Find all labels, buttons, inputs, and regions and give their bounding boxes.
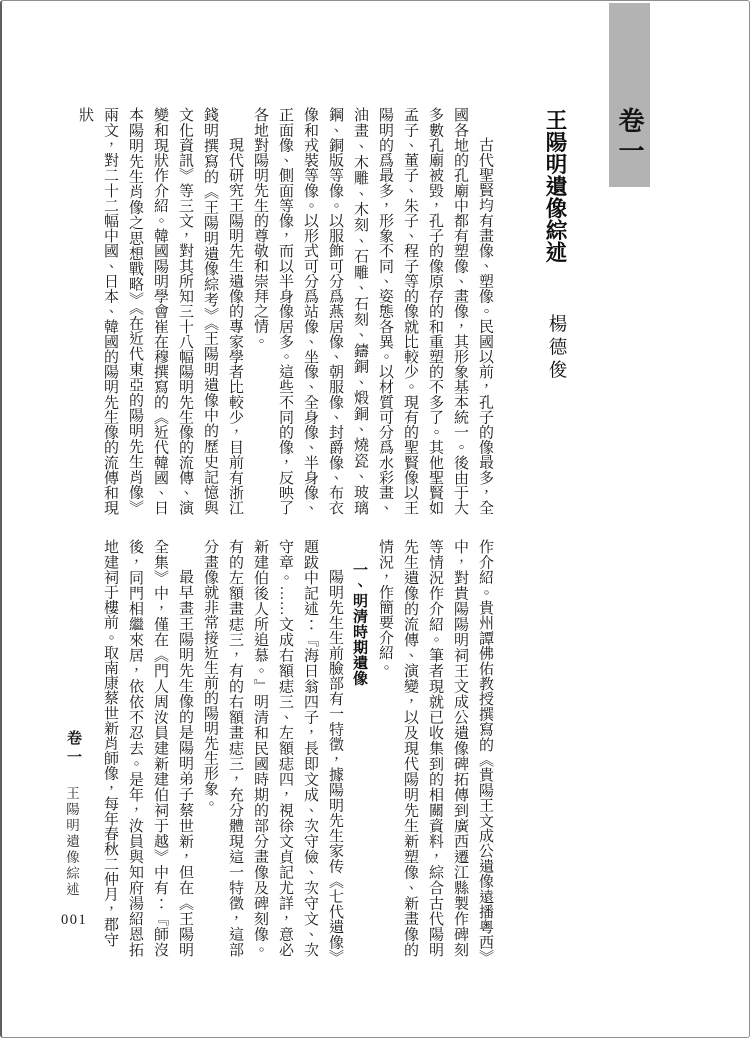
paragraph-earliest-portrait: 最早畫王陽明先生像的是陽明弟子蔡世新，但在《王陽明全集》中，僅在《門人周汝員建新…: [97, 539, 197, 957]
text-register-bottom: 作介紹。貴州譚佛佑教授撰寫的《貴陽王文成公遺像遠播粵西》中，對貴陽陽明祠王文成公…: [97, 539, 497, 957]
article-author: 楊德俊: [545, 314, 567, 383]
paragraph-facial-feature: 陽明先生生前臉部有一特徵，據陽明先生家传《七代遺像》題跋中記述：『海日翁四子，長…: [197, 539, 347, 957]
volume-tab-label: 卷一: [609, 107, 650, 167]
volume-tab: 卷一: [609, 3, 650, 187]
section-heading-ming-qing-portraits: 一、明清時期遺像: [347, 539, 372, 957]
article-title: 王陽明遺像綜述: [542, 109, 568, 263]
paragraph-intro: 古代聖賢均有畫像、塑像。民國以前，孔子的像最多，全國各地的孔廟中都有塑像、畫像，…: [247, 107, 497, 515]
text-register-top: 古代聖賢均有畫像、塑像。民國以前，孔子的像最多，全國各地的孔廟中都有塑像、畫像，…: [72, 107, 497, 515]
footer-volume-label: 卷一: [65, 730, 81, 768]
book-page: 卷一 王陽明遺像綜述 楊德俊 古代聖賢均有畫像、塑像。民國以前，孔子的像最多，全…: [0, 0, 750, 1038]
paragraph-research-overview: 現代研究王陽明先生遺像的專家學者比較少，目前有浙江錢明撰寫的《王陽明遺像綜考》《…: [72, 107, 247, 515]
footer-running-title: 王陽明遺像綜述: [64, 786, 79, 898]
paragraph-research-overview-continued: 作介紹。貴州譚佛佑教授撰寫的《貴陽王文成公遺像遠播粵西》中，對貴陽陽明祠王文成公…: [372, 539, 497, 957]
footer-page-number: 001: [61, 912, 87, 929]
